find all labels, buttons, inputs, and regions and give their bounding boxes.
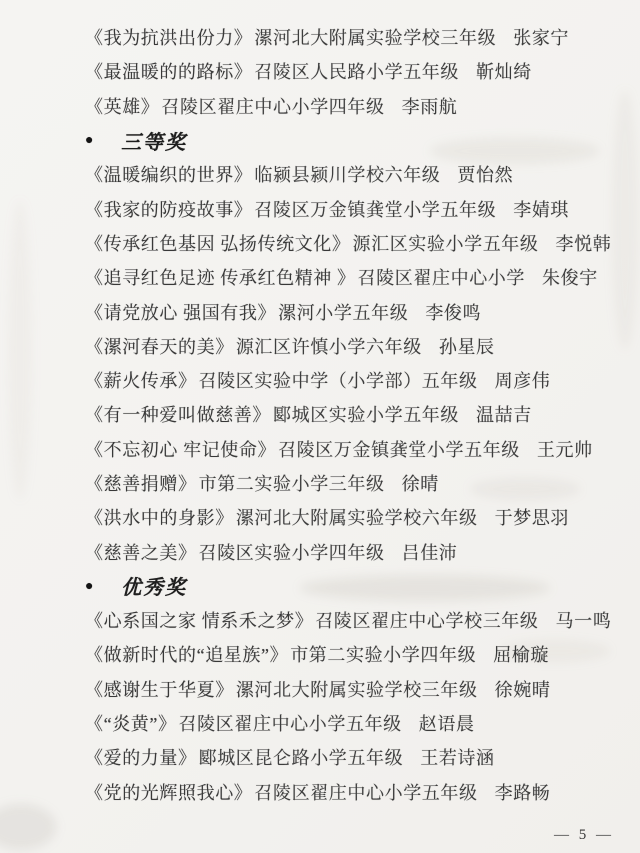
artwork-title: 《感谢生于华夏》	[85, 676, 234, 702]
section-title: 三等奖	[121, 126, 187, 155]
author-name: 李路畅	[495, 779, 551, 805]
school-grade: 召陵区翟庄中心小学四年级	[161, 93, 384, 119]
bullet-icon: ●	[85, 579, 94, 595]
award-entry: 《薪火传承》 召陵区实验中学（小学部）五年级 周彦伟	[85, 363, 620, 397]
author-name: 朱俊宇	[542, 264, 598, 290]
bullet-icon: ●	[85, 133, 94, 149]
award-entry: 《传承红色基因 弘扬传统文化》 源汇区实验小学五年级 李悦韩	[85, 226, 620, 260]
school-grade: 漯河北大附属实验学校六年级	[236, 504, 478, 530]
section-heading-third-prize: ● 三等奖	[85, 123, 620, 157]
school-grade: 源汇区实验小学五年级	[353, 230, 539, 256]
scan-smudge	[0, 804, 56, 850]
award-entry: 《党的光辉照我心》 召陵区翟庄中心小学五年级 李路畅	[85, 775, 620, 809]
artwork-title: 《党的光辉照我心》	[85, 779, 252, 805]
section-title: 优秀奖	[121, 571, 187, 600]
award-entry: 《最温暖的的路标》 召陵区人民路小学五年级 靳灿绮	[85, 54, 620, 88]
award-entry: 《心系国之家 情系禾之梦》 召陵区翟庄中心学校三年级 马一鸣	[85, 603, 620, 637]
author-name: 王若诗涵	[420, 744, 494, 770]
award-list: 《我为抗洪出份力》 漯河北大附属实验学校三年级 张家宁 《最温暖的的路标》 召陵…	[85, 20, 620, 809]
author-name: 吕佳沛	[402, 539, 458, 565]
award-entry: 《请党放心 强国有我》 漯河小学五年级 李俊鸣	[85, 294, 620, 328]
page-number: — 5 —	[554, 827, 614, 844]
author-name: 李悦韩	[556, 230, 612, 256]
award-entry: 《我为抗洪出份力》 漯河北大附属实验学校三年级 张家宁	[85, 20, 620, 54]
author-name: 温喆吉	[476, 401, 532, 427]
school-grade: 召陵区人民路小学五年级	[254, 58, 459, 84]
school-grade: 郾城区实验小学五年级	[273, 401, 459, 427]
artwork-title: 《最温暖的的路标》	[85, 58, 252, 84]
author-name: 徐晴	[402, 470, 439, 496]
award-entry: 《不忘初心 牢记使命》 召陵区万金镇龚堂小学五年级 王元帅	[85, 432, 620, 466]
author-name: 李婧琪	[513, 196, 569, 222]
school-grade: 召陵区万金镇龚堂小学五年级	[254, 196, 496, 222]
school-grade: 召陵区翟庄中心学校三年级	[315, 607, 538, 633]
award-entry: 《温暖编织的世界》 临颍县颍川学校六年级 贾怡然	[85, 157, 620, 191]
artwork-title: 《洪水中的身影》	[85, 504, 234, 530]
award-entry: 《洪水中的身影》 漯河北大附属实验学校六年级 于梦思羽	[85, 500, 620, 534]
school-grade: 郾城区昆仑路小学五年级	[199, 744, 404, 770]
artwork-title: 《漯河春天的美》	[85, 333, 234, 359]
artwork-title: 《爱的力量》	[85, 744, 197, 770]
school-grade: 召陵区实验中学（小学部）五年级	[199, 367, 478, 393]
award-entry: 《我家的防疫故事》 召陵区万金镇龚堂小学五年级 李婧琪	[85, 191, 620, 225]
award-entry: 《感谢生于华夏》 漯河北大附属实验学校三年级 徐婉晴	[85, 672, 620, 706]
author-name: 贾怡然	[457, 161, 513, 187]
school-grade: 漯河小学五年级	[278, 299, 408, 325]
author-name: 徐婉晴	[495, 676, 551, 702]
award-entry: 《有一种爱叫做慈善》 郾城区实验小学五年级 温喆吉	[85, 397, 620, 431]
award-entry: 《英雄》 召陵区翟庄中心小学四年级 李雨航	[85, 89, 620, 123]
author-name: 周彦伟	[495, 367, 551, 393]
artwork-title: 《我家的防疫故事》	[85, 196, 252, 222]
award-entry: 《慈善之美》 召陵区实验小学四年级 吕佳沛	[85, 534, 620, 568]
scanned-document-page: 《我为抗洪出份力》 漯河北大附属实验学校三年级 张家宁 《最温暖的的路标》 召陵…	[0, 0, 640, 853]
school-grade: 召陵区翟庄中心小学	[358, 264, 525, 290]
award-entry: 《做新时代的“追星族”》 市第二实验小学四年级 屈榆璇	[85, 637, 620, 671]
author-name: 于梦思羽	[495, 504, 569, 530]
section-heading-excellence-prize: ● 优秀奖	[85, 569, 620, 603]
artwork-title: 《“炎黄”》	[85, 710, 177, 736]
artwork-title: 《慈善之美》	[85, 539, 197, 565]
scan-smudge	[8, 200, 32, 500]
artwork-title: 《慈善捐赠》	[85, 470, 197, 496]
school-grade: 召陵区实验小学四年级	[199, 539, 385, 565]
artwork-title: 《心系国之家 情系禾之梦》	[85, 607, 313, 633]
award-entry: 《漯河春天的美》 源汇区许慎小学六年级 孙星辰	[85, 329, 620, 363]
author-name: 马一鸣	[556, 607, 612, 633]
author-name: 李俊鸣	[425, 299, 481, 325]
author-name: 赵语晨	[419, 710, 475, 736]
school-grade: 市第二实验小学四年级	[290, 641, 476, 667]
artwork-title: 《温暖编织的世界》	[85, 161, 252, 187]
artwork-title: 《传承红色基因 弘扬传统文化》	[85, 230, 351, 256]
artwork-title: 《做新时代的“追星族”》	[85, 641, 288, 667]
artwork-title: 《英雄》	[85, 93, 159, 119]
author-name: 王元帅	[537, 436, 593, 462]
school-grade: 临颍县颍川学校六年级	[254, 161, 440, 187]
school-grade: 召陵区万金镇龚堂小学五年级	[278, 436, 520, 462]
school-grade: 漯河北大附属实验学校三年级	[236, 676, 478, 702]
artwork-title: 《追寻红色足迹 传承红色精神 》	[85, 264, 356, 290]
award-entry: 《慈善捐赠》 市第二实验小学三年级 徐晴	[85, 466, 620, 500]
award-entry: 《“炎黄”》 召陵区翟庄中心小学五年级 赵语晨	[85, 706, 620, 740]
author-name: 靳灿绮	[476, 58, 532, 84]
artwork-title: 《不忘初心 牢记使命》	[85, 436, 276, 462]
artwork-title: 《薪火传承》	[85, 367, 197, 393]
author-name: 屈榆璇	[493, 641, 549, 667]
school-grade: 召陵区翟庄中心小学五年级	[254, 779, 477, 805]
artwork-title: 《请党放心 强国有我》	[85, 299, 276, 325]
school-grade: 漯河北大附属实验学校三年级	[254, 24, 496, 50]
author-name: 孙星辰	[439, 333, 495, 359]
artwork-title: 《有一种爱叫做慈善》	[85, 401, 271, 427]
school-grade: 源汇区许慎小学六年级	[236, 333, 422, 359]
award-entry: 《追寻红色足迹 传承红色精神 》 召陵区翟庄中心小学 朱俊宇	[85, 260, 620, 294]
artwork-title: 《我为抗洪出份力》	[85, 24, 252, 50]
school-grade: 召陵区翟庄中心小学五年级	[179, 710, 402, 736]
author-name: 李雨航	[402, 93, 458, 119]
award-entry: 《爱的力量》 郾城区昆仑路小学五年级 王若诗涵	[85, 740, 620, 774]
author-name: 张家宁	[513, 24, 569, 50]
school-grade: 市第二实验小学三年级	[199, 470, 385, 496]
